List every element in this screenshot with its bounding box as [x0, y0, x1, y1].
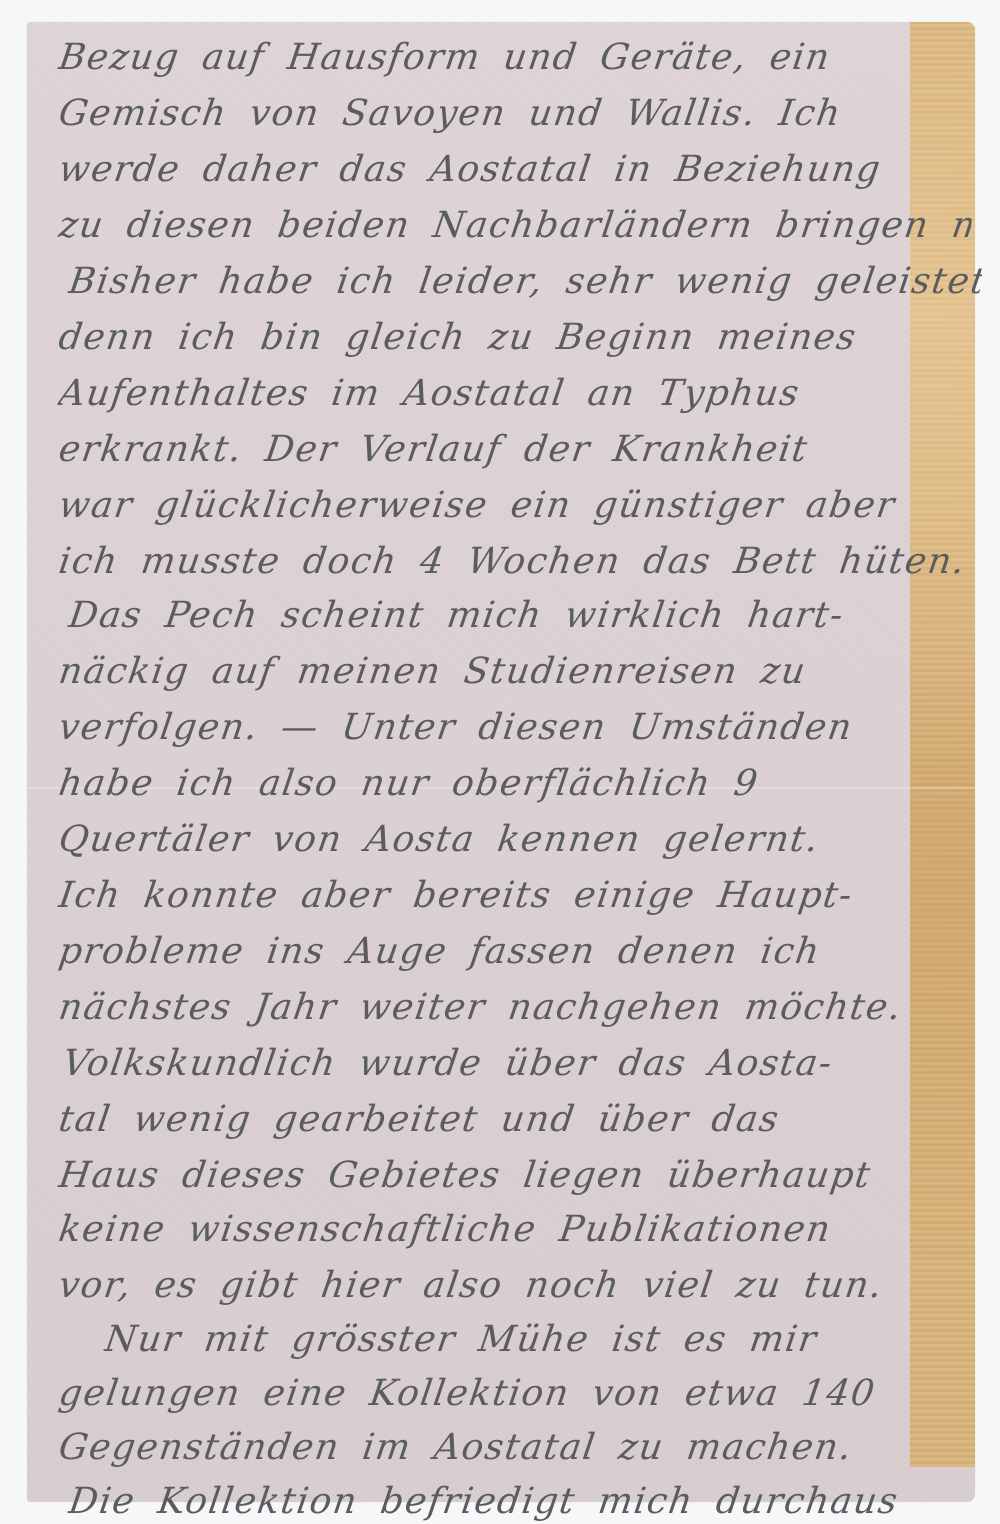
text-line: probleme ins Auge fassen denen ich [55, 924, 975, 980]
text-line: gelungen eine Kollektion von etwa 140 [55, 1366, 975, 1422]
text-line: Quertäler von Aosta kennen gelernt. [55, 812, 975, 868]
text-line: vor, es gibt hier also noch viel zu tun. [55, 1258, 975, 1314]
text-line: habe ich also nur oberflächlich 9 [55, 756, 975, 812]
text-line: verfolgen. — Unter diesen Umständen [55, 700, 975, 756]
text-line: Bezug auf Hausform und Geräte, ein [55, 30, 975, 86]
text-line: Bisher habe ich leider, sehr wenig gelei… [65, 254, 985, 310]
text-line: tal wenig gearbeitet und über das [55, 1092, 975, 1148]
text-line: erkrankt. Der Verlauf der Krankheit [55, 422, 975, 478]
text-line: keine wissenschaftliche Publikationen [55, 1202, 975, 1258]
text-line: Das Pech scheint mich wirklich hart- [65, 588, 985, 644]
text-line: werde daher das Aostatal in Beziehung [55, 142, 975, 198]
text-line: näckig auf meinen Studienreisen zu [55, 644, 975, 700]
text-line: Nur mit grösster Mühe ist es mir [101, 1312, 1000, 1368]
text-line: Haus dieses Gebietes liegen überhaupt [55, 1148, 975, 1204]
text-line: Aufenthaltes im Aostatal an Typhus [55, 366, 975, 422]
text-line: war glücklicherweise ein günstiger aber [55, 478, 975, 534]
text-line: zu diesen beiden Nachbarländern bringen … [55, 198, 975, 254]
text-line: nächstes Jahr weiter nachgehen möchte. [55, 980, 975, 1036]
text-line: ich musste doch 4 Wochen das Bett hüten. [55, 534, 975, 590]
letter-page: Bezug auf Hausform und Geräte, ein Gemis… [27, 22, 975, 1502]
text-line: Die Kollektion befriedigt mich durchaus [65, 1474, 985, 1524]
text-line: Gegenständen im Aostatal zu machen. [55, 1420, 975, 1476]
text-line: Gemisch von Savoyen und Wallis. Ich [55, 86, 975, 142]
text-line: denn ich bin gleich zu Beginn meines [55, 310, 975, 366]
text-line: Volkskundlich wurde über das Aosta- [59, 1036, 979, 1092]
text-line: Ich konnte aber bereits einige Haupt- [55, 868, 975, 924]
handwritten-text: Bezug auf Hausform und Geräte, ein Gemis… [27, 22, 975, 1502]
